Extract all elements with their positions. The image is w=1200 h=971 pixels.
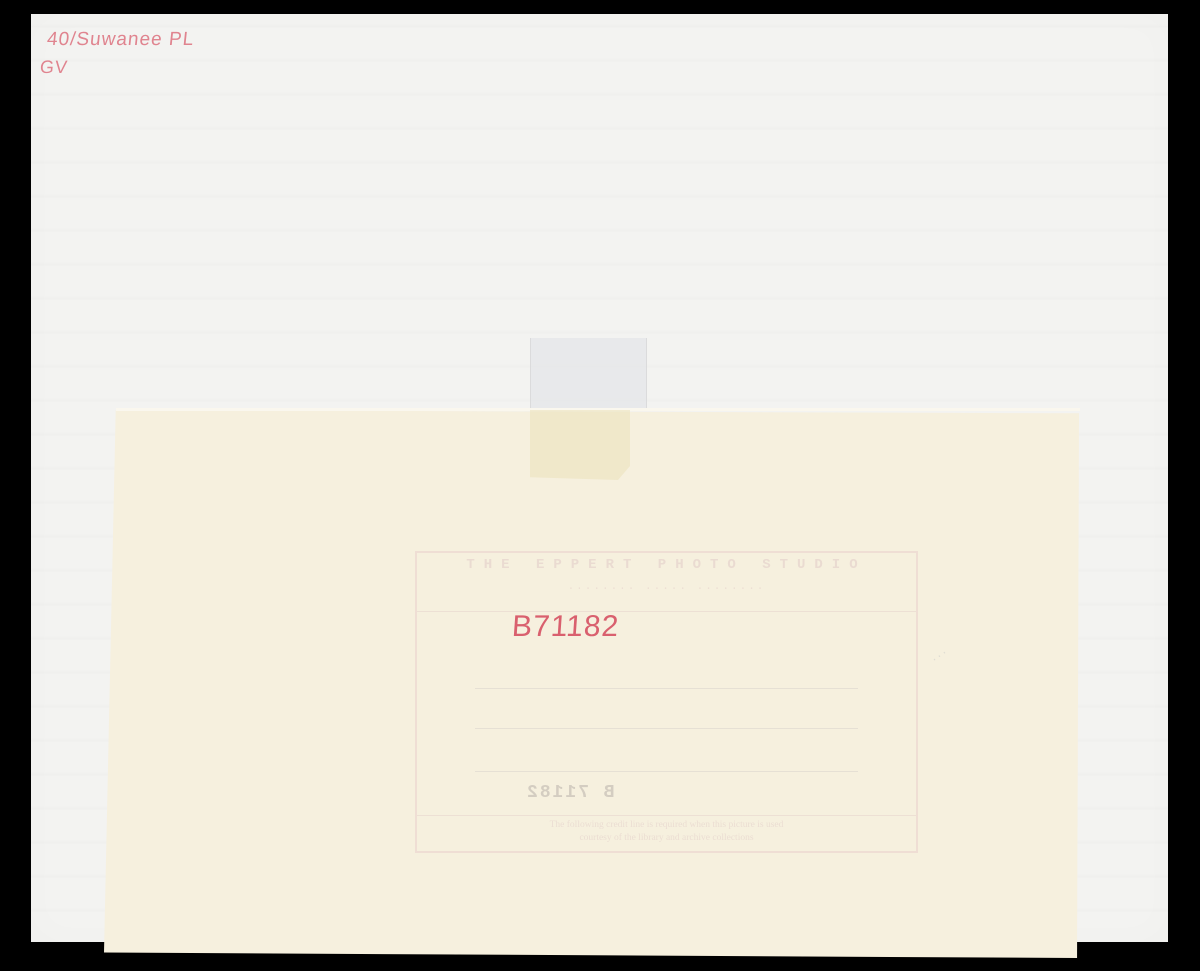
stamp-footer-line: The following credit line is required wh… xyxy=(425,819,908,832)
handwritten-address: 40/Suwanee PL xyxy=(46,29,195,51)
stamp-divider xyxy=(417,815,916,816)
handwritten-initials: GV xyxy=(39,57,69,78)
stamp-bleedthrough-box: THE EPPERT PHOTO STUDIO ........ ..... .… xyxy=(415,551,918,853)
stamp-rule-line xyxy=(475,771,858,772)
tape-strip-on-envelope xyxy=(530,410,630,480)
scan-canvas: 40/Suwanee PL GV THE EPPERT PHOTO STUDIO… xyxy=(0,0,1200,971)
stamp-footer: The following credit line is required wh… xyxy=(425,819,908,845)
stamp-divider xyxy=(417,611,916,612)
stamp-footer-line: courtesy of the library and archive coll… xyxy=(425,832,908,845)
stamp-subheader: ........ ..... ........ xyxy=(417,581,916,593)
stamp-number-mirrored: B 71182 xyxy=(525,783,615,803)
handwritten-catalog-number: B71182 xyxy=(511,610,621,644)
tape-strip-upper xyxy=(530,338,647,410)
stamp-header: THE EPPERT PHOTO STUDIO xyxy=(417,557,916,573)
stamp-rule-line xyxy=(475,728,858,729)
stamp-rule-line xyxy=(475,688,858,689)
